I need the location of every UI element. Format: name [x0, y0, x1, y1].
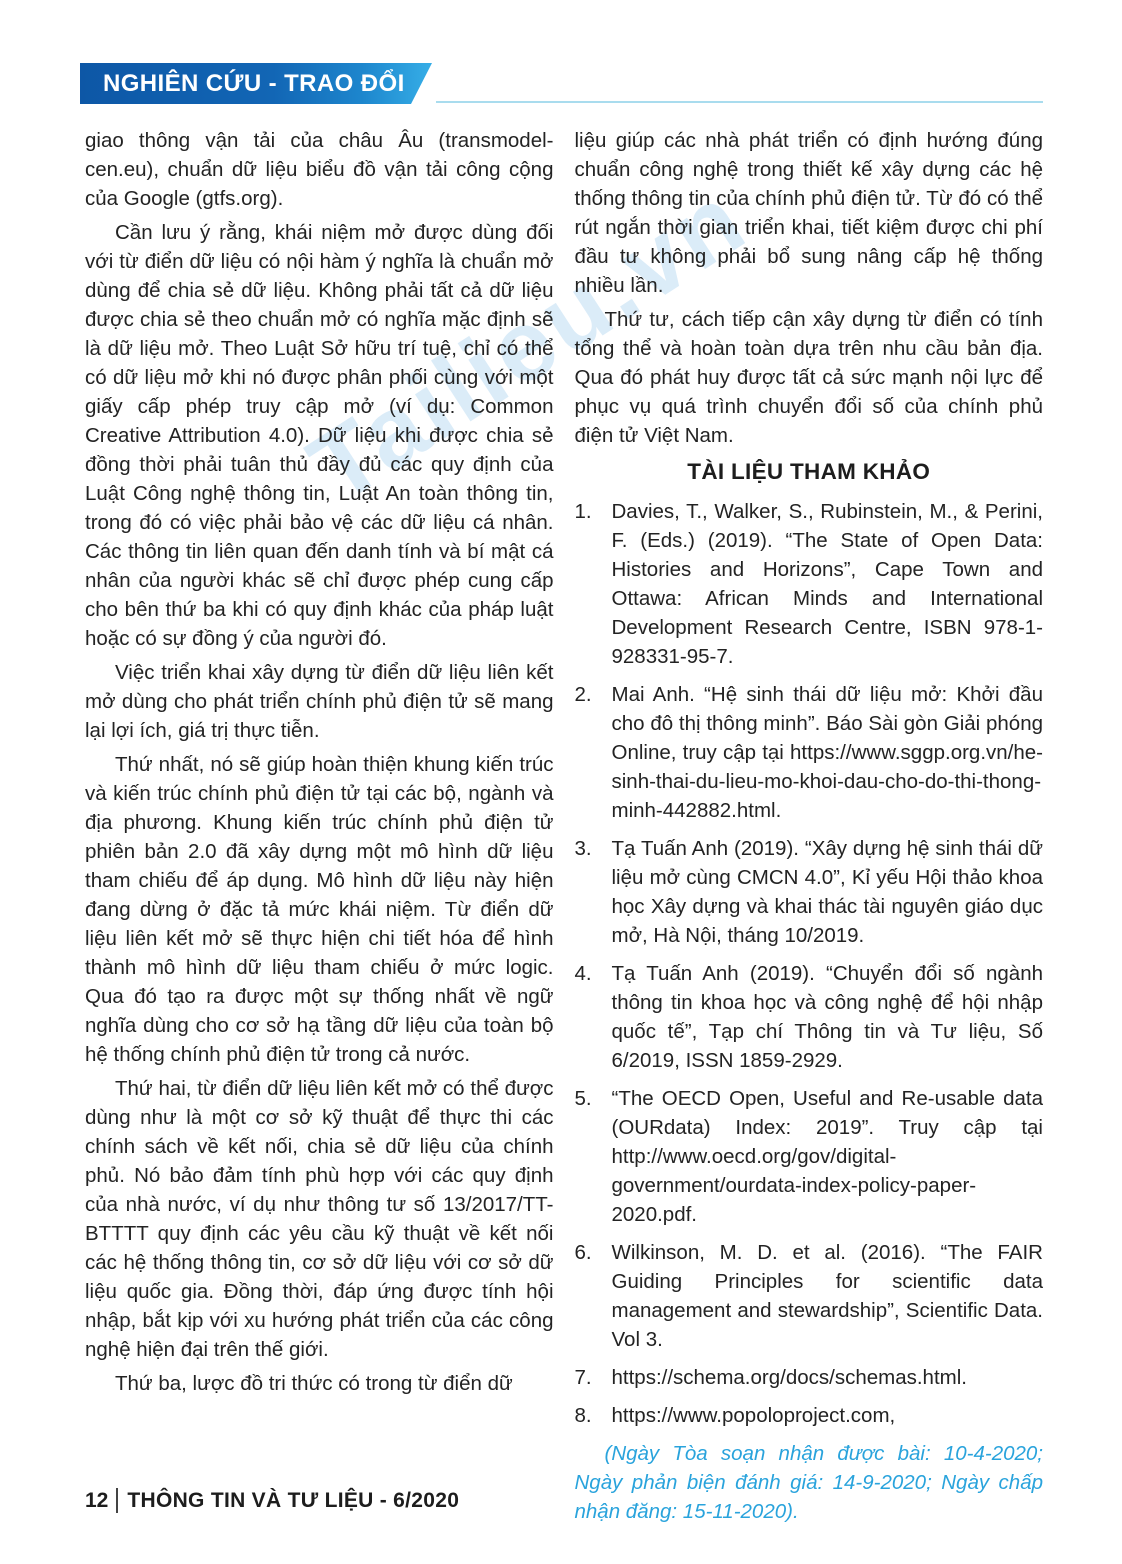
right-column: liệu giúp các nhà phát triển có định hướ…	[575, 126, 1044, 1531]
reference-item: 4. Tạ Tuấn Anh (2019). “Chuyển đổi số ng…	[575, 959, 1044, 1075]
reference-text: Mai Anh. “Hệ sinh thái dữ liệu mở: Khởi …	[612, 680, 1044, 825]
paragraph: giao thông vận tải của châu Âu (transmod…	[85, 126, 554, 213]
paragraph: Thứ nhất, nó sẽ giúp hoàn thiện khung ki…	[85, 750, 554, 1069]
reference-number: 5.	[575, 1084, 612, 1229]
paragraph: liệu giúp các nhà phát triển có định hướ…	[575, 126, 1044, 300]
reference-number: 6.	[575, 1238, 612, 1354]
banner-rule	[436, 101, 1043, 103]
page-number: 12	[85, 1489, 108, 1513]
journal-title: THÔNG TIN VÀ TƯ LIỆU - 6/2020	[127, 1489, 459, 1513]
paragraph: Cần lưu ý rằng, khái niệm mở được dùng đ…	[85, 218, 554, 653]
section-banner-label: NGHIÊN CỨU - TRAO ĐỔI	[80, 63, 432, 104]
reference-text: Wilkinson, M. D. et al. (2016). “The FAI…	[612, 1238, 1044, 1354]
content-columns: giao thông vận tải của châu Âu (transmod…	[85, 126, 1043, 1531]
dates-note: (Ngày Tòa soạn nhận được bài: 10-4-2020;…	[575, 1439, 1044, 1526]
paragraph: Thứ hai, từ điển dữ liệu liên kết mở có …	[85, 1074, 554, 1364]
paragraph: Thứ ba, lược đồ tri thức có trong từ điể…	[85, 1369, 554, 1398]
reference-item: 7. https://schema.org/docs/schemas.html.	[575, 1363, 1044, 1392]
reference-text: https://www.popoloproject.com,	[612, 1401, 1044, 1430]
reference-number: 2.	[575, 680, 612, 825]
reference-text: Tạ Tuấn Anh (2019). “Chuyển đổi số ngành…	[612, 959, 1044, 1075]
reference-text: Tạ Tuấn Anh (2019). “Xây dựng hệ sinh th…	[612, 834, 1044, 950]
references-list: 1. Davies, T., Walker, S., Rubinstein, M…	[575, 497, 1044, 1430]
reference-number: 3.	[575, 834, 612, 950]
reference-number: 4.	[575, 959, 612, 1075]
reference-text: https://schema.org/docs/schemas.html.	[612, 1363, 1044, 1392]
reference-item: 1. Davies, T., Walker, S., Rubinstein, M…	[575, 497, 1044, 671]
reference-number: 7.	[575, 1363, 612, 1392]
reference-text: Davies, T., Walker, S., Rubinstein, M., …	[612, 497, 1044, 671]
reference-item: 5. “The OECD Open, Useful and Re-usable …	[575, 1084, 1044, 1229]
reference-item: 8. https://www.popoloproject.com,	[575, 1401, 1044, 1430]
left-column: giao thông vận tải của châu Âu (transmod…	[85, 126, 554, 1531]
page-footer: 12 THÔNG TIN VÀ TƯ LIỆU - 6/2020	[85, 1488, 459, 1513]
reference-text: “The OECD Open, Useful and Re-usable dat…	[612, 1084, 1044, 1229]
reference-item: 6. Wilkinson, M. D. et al. (2016). “The …	[575, 1238, 1044, 1354]
reference-number: 1.	[575, 497, 612, 671]
journal-page: NGHIÊN CỨU - TRAO ĐỔI Tailieu.vn giao th…	[0, 0, 1122, 1564]
reference-item: 2. Mai Anh. “Hệ sinh thái dữ liệu mở: Kh…	[575, 680, 1044, 825]
paragraph: Thứ tư, cách tiếp cận xây dựng từ điển c…	[575, 305, 1044, 450]
footer-divider	[116, 1488, 118, 1513]
reference-item: 3. Tạ Tuấn Anh (2019). “Xây dựng hệ sinh…	[575, 834, 1044, 950]
section-banner: NGHIÊN CỨU - TRAO ĐỔI	[80, 63, 432, 104]
paragraph: Việc triển khai xây dựng từ điển dữ liệu…	[85, 658, 554, 745]
references-heading: TÀI LIỆU THAM KHẢO	[575, 459, 1044, 485]
reference-number: 8.	[575, 1401, 612, 1430]
